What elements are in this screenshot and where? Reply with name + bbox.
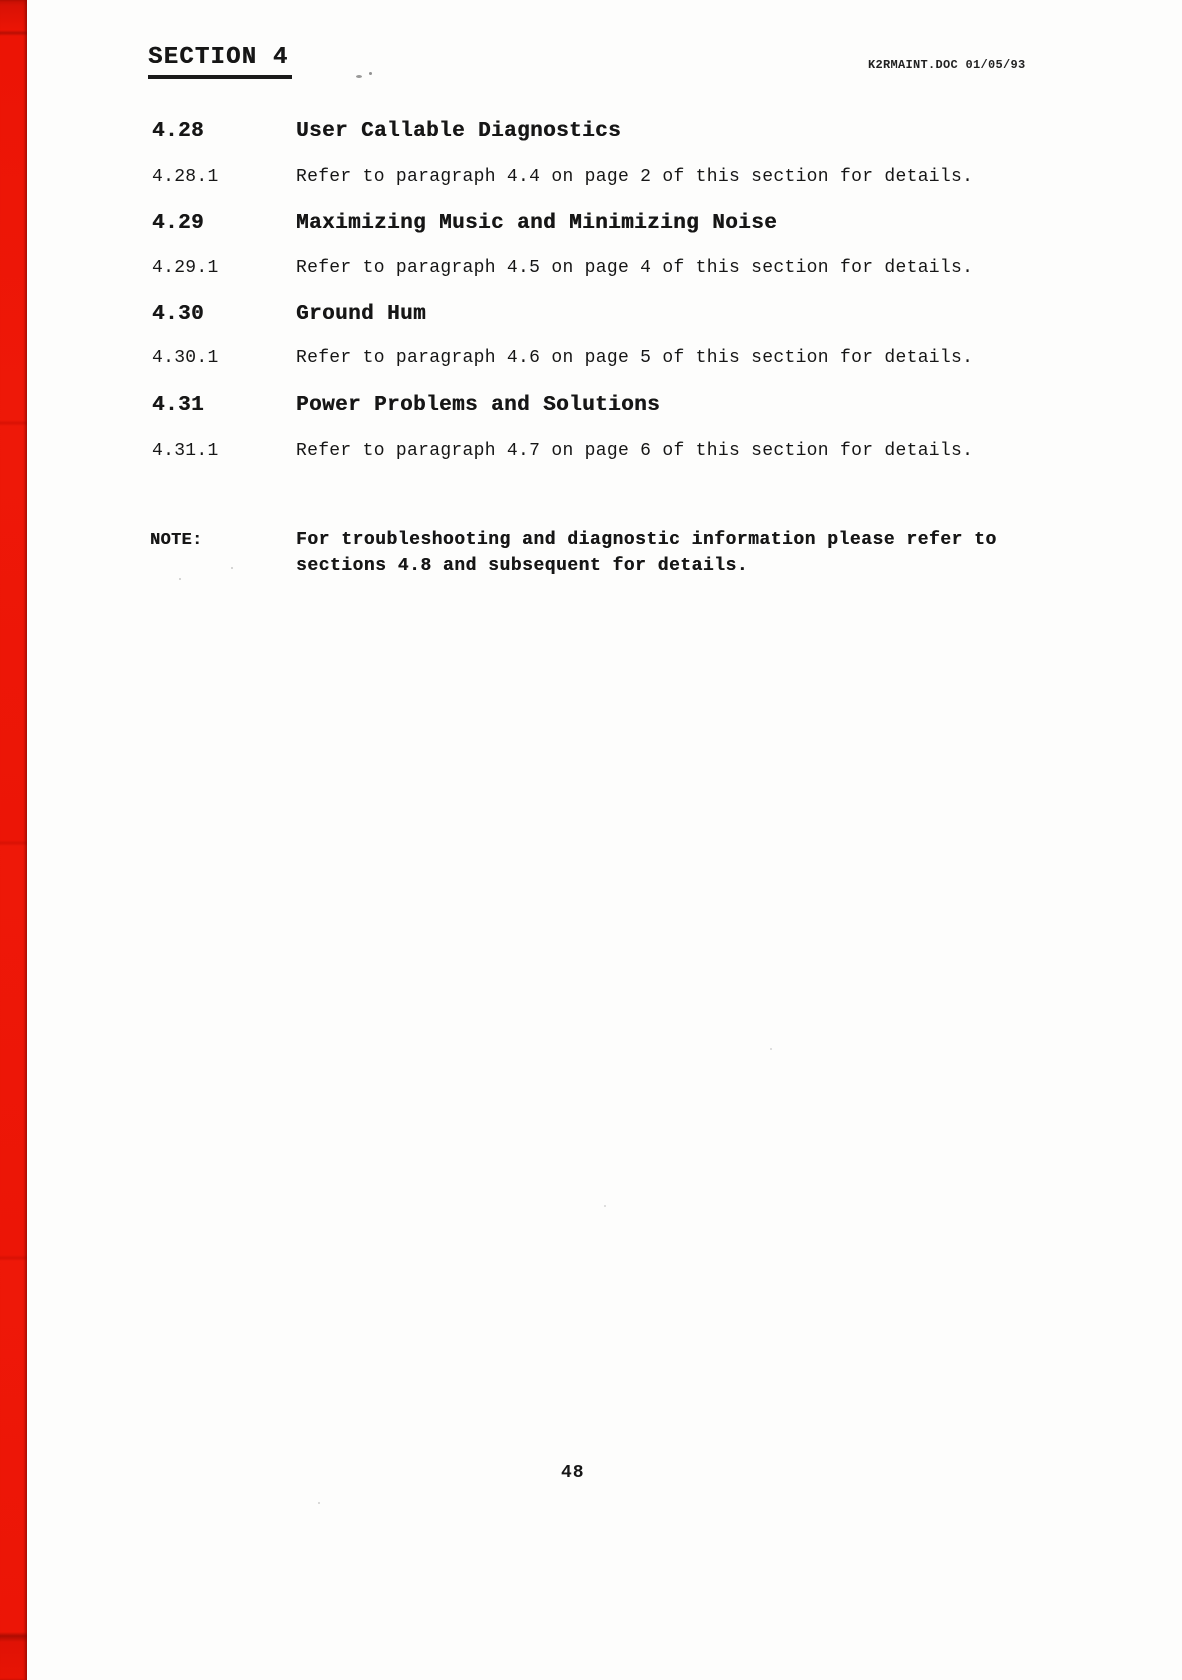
entry-body-text: Refer to paragraph 4.4 on page 2 of this…: [296, 167, 973, 187]
entry-heading: Maximizing Music and Minimizing Noise: [296, 212, 777, 235]
entry-number: 4.28: [152, 120, 204, 143]
note-label: NOTE:: [150, 531, 203, 550]
note-text-line2: sections 4.8 and subsequent for details.: [296, 556, 748, 576]
page-number: 48: [561, 1463, 585, 1483]
scan-speckle: [604, 1205, 606, 1207]
entry-body-text: Refer to paragraph 4.7 on page 6 of this…: [296, 441, 973, 461]
doc-reference: K2RMAINT.DOC 01/05/93: [868, 58, 1026, 72]
scan-speckle: [231, 567, 233, 569]
section-title: SECTION 4: [148, 44, 292, 79]
entry-heading: Ground Hum: [296, 303, 426, 326]
sub-entry-number: 4.30.1: [152, 348, 219, 368]
scan-speckle: [356, 75, 362, 78]
entry-heading: Power Problems and Solutions: [296, 394, 660, 417]
entry-number: 4.29: [152, 212, 204, 235]
entry-body-text: Refer to paragraph 4.5 on page 4 of this…: [296, 258, 973, 278]
entry-number: 4.30: [152, 303, 204, 326]
scan-speckle: [318, 1502, 320, 1504]
entry-number: 4.31: [152, 394, 204, 417]
scan-speckle: [770, 1048, 772, 1050]
sub-entry-number: 4.29.1: [152, 258, 219, 278]
red-binding-edge: [0, 0, 27, 1680]
scanned-document-page: SECTION 4 K2RMAINT.DOC 01/05/93 4.28 Use…: [0, 0, 1182, 1680]
scan-speckle: [179, 578, 181, 580]
sub-entry-number: 4.31.1: [152, 441, 219, 461]
note-text-line1: For troubleshooting and diagnostic infor…: [296, 530, 997, 550]
scan-speckle: [369, 72, 372, 75]
sub-entry-number: 4.28.1: [152, 167, 219, 187]
entry-body-text: Refer to paragraph 4.6 on page 5 of this…: [296, 348, 973, 368]
entry-heading: User Callable Diagnostics: [296, 120, 621, 143]
